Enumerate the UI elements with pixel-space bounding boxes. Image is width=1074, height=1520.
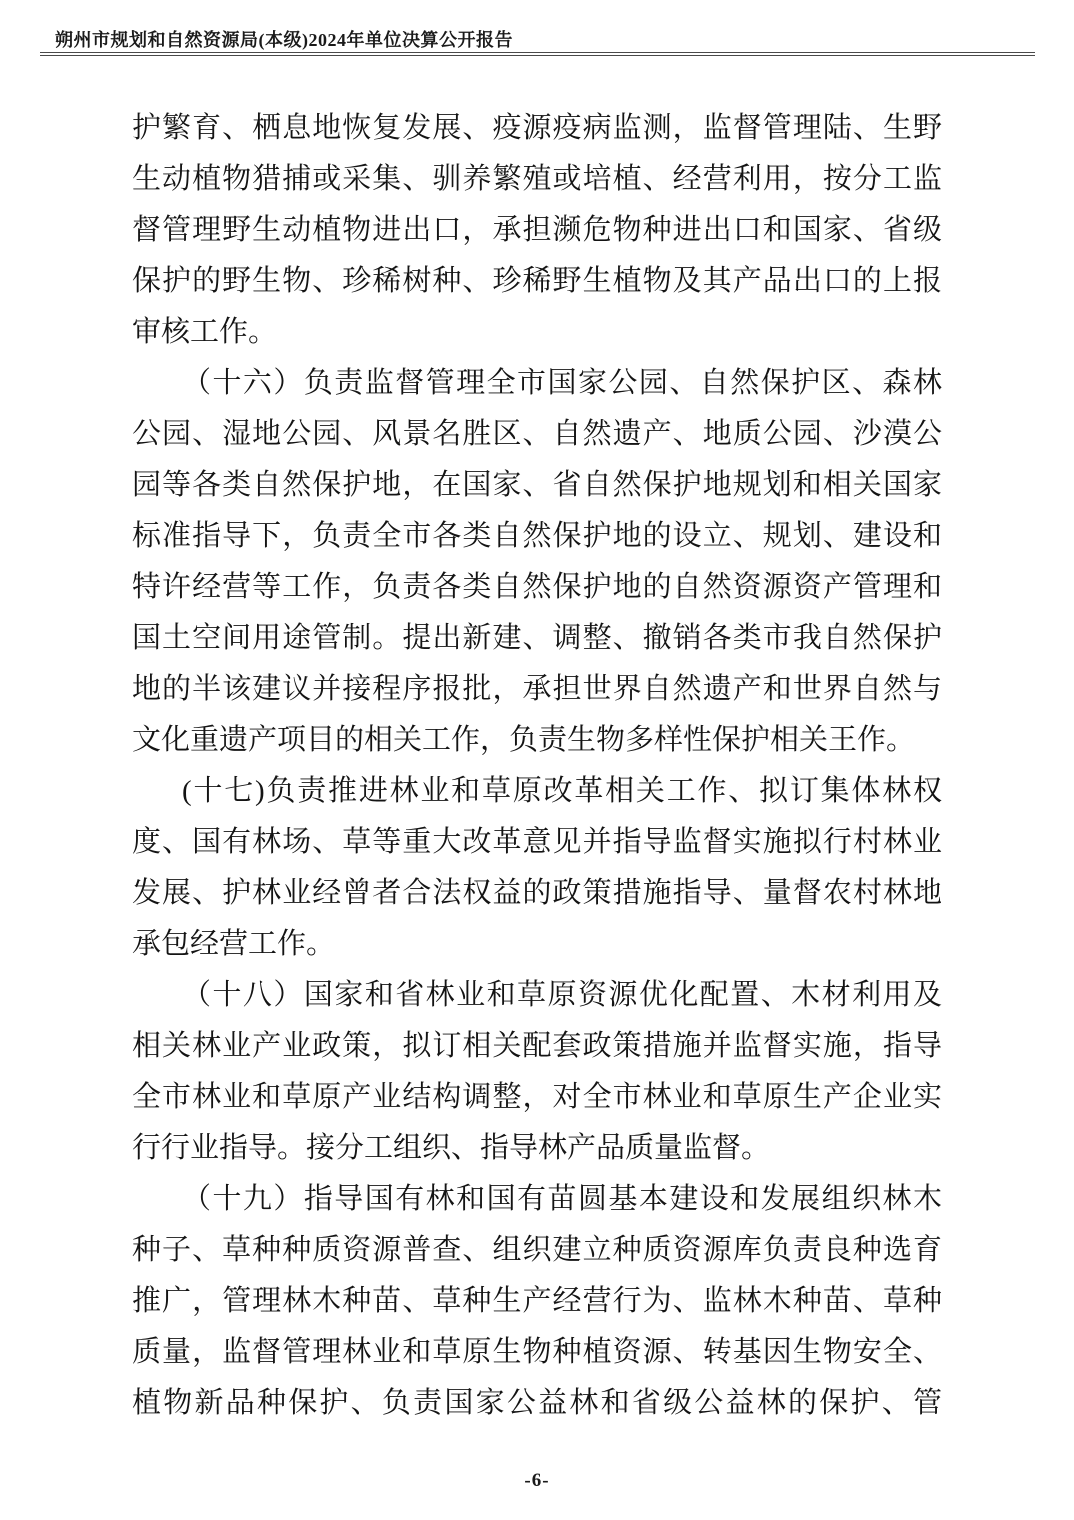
text-line: （十九）指导国有林和国有苗圆基本建设和发展组织林木 [132,1174,942,1225]
text-line: 植物新品种保护、负责国家公益林和省级公益林的保护、管 [132,1378,942,1429]
page-number: -6- [524,1470,549,1491]
text-line: 护繁育、栖息地恢复发展、疫源疫病监测，监督管理陆、生野 [132,103,942,154]
text-line: 公园、湿地公园、风景名胜区、自然遗产、地质公园、沙漠公 [132,409,942,460]
text-line: 推广，管理林木种苗、草种生产经营行为、监林木种苗、草种 [132,1276,942,1327]
text-line: 文化重遗产项目的相关工作，负责生物多样性保护相关王作。 [132,715,942,766]
text-line: （十八）国家和省林业和草原资源优化配置、木材利用及 [132,970,942,1021]
header-rule [40,52,1035,56]
text-line: 承包经营工作。 [132,919,942,970]
header-title: 朔州市规划和自然资源局(本级)2024年单位决算公开报告 [55,26,513,52]
text-line: 行行业指导。接分工组织、指导林产品质量监督。 [132,1123,942,1174]
text-line: 督管理野生动植物进出口，承担濒危物种进出口和国家、省级 [132,205,942,256]
text-line: 发展、护林业经曾者合法权益的政策措施指导、量督农村林地 [132,868,942,919]
document-page: 朔州市规划和自然资源局(本级)2024年单位决算公开报告 护繁育、栖息地恢复发展… [0,0,1074,1520]
text-line: 地的半该建议并接程序报批，承担世界自然遗产和世界自然与 [132,664,942,715]
text-line: 保护的野生物、珍稀树种、珍稀野生植物及其产品出口的上报 [132,256,942,307]
text-line: 审核工作。 [132,307,942,358]
text-line: 质量，监督管理林业和草原生物种植资源、转基因生物安全、 [132,1327,942,1378]
page-footer: -6- [0,1470,1074,1492]
text-line: 国土空间用途管制。提出新建、调整、撤销各类市我自然保护 [132,613,942,664]
text-line: 特许经营等工作，负责各类自然保护地的自然资源资产管理和 [132,562,942,613]
text-line: 园等各类自然保护地，在国家、省自然保护地规划和相关国家 [132,460,942,511]
document-body: 护繁育、栖息地恢复发展、疫源疫病监测，监督管理陆、生野生动植物猎捕或采集、驯养繁… [132,103,942,1429]
text-line: 标准指导下，负责全市各类自然保护地的设立、规划、建设和 [132,511,942,562]
text-line: 相关林业产业政策，拟订相关配套政策措施并监督实施，指导 [132,1021,942,1072]
text-line: 生动植物猎捕或采集、驯养繁殖或培植、经营利用，按分工监 [132,154,942,205]
text-line: 全市林业和草原产业结构调整，对全市林业和草原生产企业实 [132,1072,942,1123]
text-line: 种子、草种种质资源普查、组织建立种质资源库负责良种选育 [132,1225,942,1276]
text-line: 度、国有林场、草等重大改革意见并指导监督实施拟行村林业 [132,817,942,868]
text-line: （十六）负责监督管理全市国家公园、自然保护区、森林 [132,358,942,409]
text-line: (十七)负责推进林业和草原改革相关工作、拟订集体林权 [132,766,942,817]
